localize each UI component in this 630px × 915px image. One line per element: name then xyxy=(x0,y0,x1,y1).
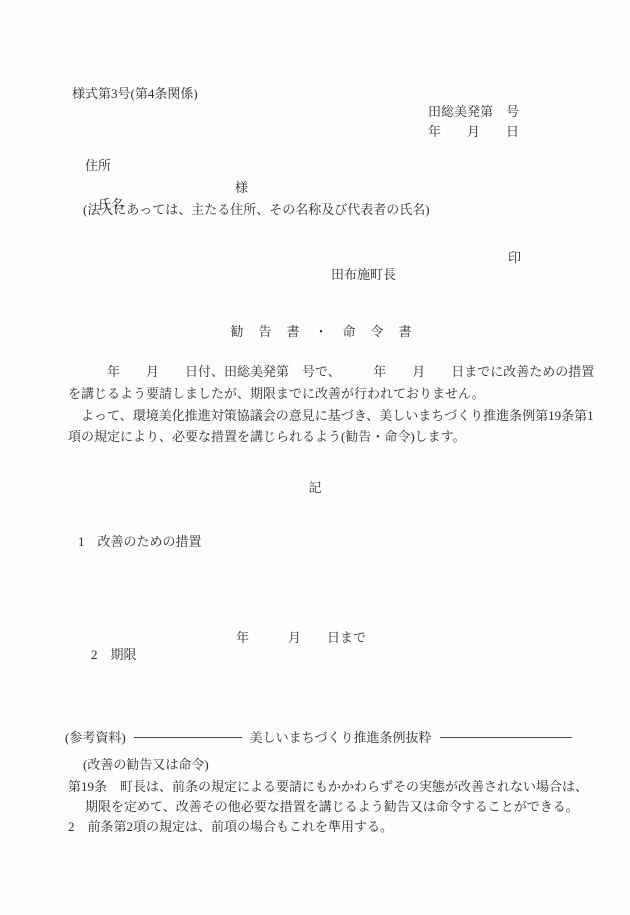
reference-number: 田総美発第 号 xyxy=(428,103,519,120)
body-line-1: 年 月 日付、田総美発第 号で、 年 月 日までに改善ための措置 xyxy=(68,363,594,380)
document-title-text: 勧 告 書 ・ 命 令 書 xyxy=(230,324,412,339)
seal-mark: 印 xyxy=(508,249,521,266)
reference-subheading: (改善の勧告又は命令) xyxy=(83,756,209,773)
article-line-2: 期限を定めて、改善その他必要な措置を講じるよう勧告又は命令することができる。 xyxy=(85,798,579,815)
reference-label: (参考資料) xyxy=(65,729,126,746)
recipient-address-label: 住所 xyxy=(85,157,111,174)
recipient-honorific: 様 xyxy=(235,179,248,196)
article-line-1: 第19条 町長は、前条の規定による要請にもかかわらずその実態が改善されない場合は… xyxy=(68,778,588,795)
reference-heading: 美しいまちづくり推進条例抜粋 xyxy=(250,729,432,746)
body-line-2: を講じるよう要請しましたが、期限までに改善が行われておりません。 xyxy=(68,385,485,402)
item-2-label: 2 期限 xyxy=(91,647,137,662)
body-line-3: よって、環境美化推進対策協議会の意見に基づき、美しいまちづくり推進条例第19条第… xyxy=(68,407,594,424)
item-1: 1 改善のための措置 xyxy=(78,533,202,550)
record-marker: 記 xyxy=(0,479,630,496)
document-page: 様式第3号(第4条関係) 田総美発第 号 年 月 日 住所 氏名 様 (法人にあ… xyxy=(0,0,630,915)
article-line-3: 2 前条第2項の規定は、前項の場合もこれを準用する。 xyxy=(68,818,393,835)
reference-header: (参考資料) 美しいまちづくり推進条例抜粋 xyxy=(65,729,572,746)
body-line-4: 項の規定により、必要な措置を講じられるよう(勧告・命令)します。 xyxy=(68,428,466,445)
issuer-title: 田布施町長 xyxy=(331,267,396,282)
rule-left xyxy=(134,737,242,738)
item-2-row: 2 期限 年 月 日まで xyxy=(78,629,478,697)
form-number: 様式第3号(第4条関係) xyxy=(72,85,198,102)
document-title: 勧 告 書 ・ 命 令 書 xyxy=(0,306,630,357)
item-2-value: 年 月 日まで xyxy=(236,629,366,646)
recipient-corporate-note: (法人にあっては、主たる住所、その名称及び代表者の氏名) xyxy=(83,201,430,218)
rule-right xyxy=(440,737,572,738)
date-line: 年 月 日 xyxy=(428,123,519,140)
